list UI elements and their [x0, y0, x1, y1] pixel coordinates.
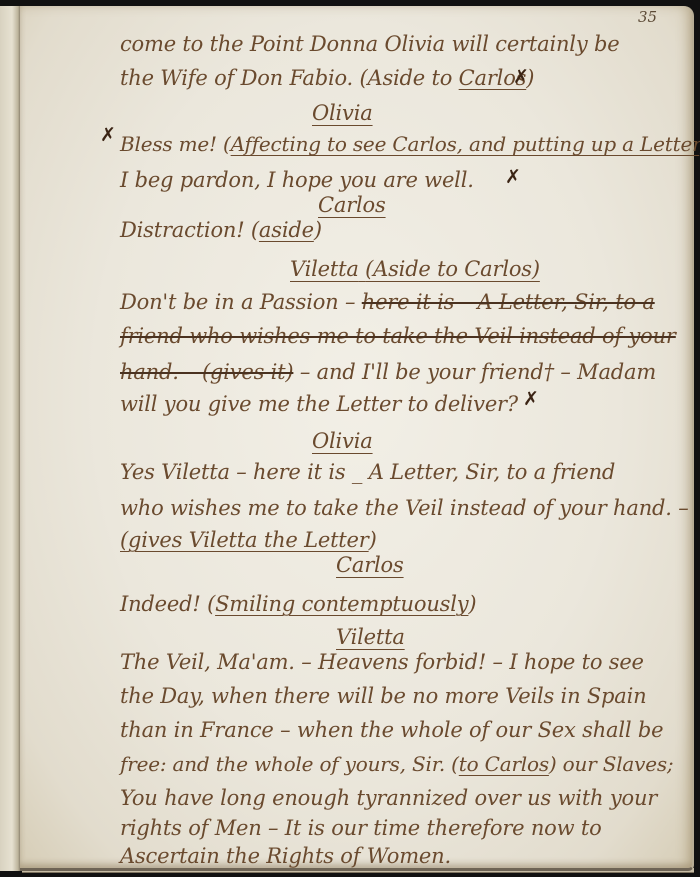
text-segment: ) — [314, 218, 322, 242]
speaker-name: Carlos — [318, 192, 386, 218]
text-line: The Veil, Ma'am. – Heavens forbid! – I h… — [120, 648, 644, 676]
text-line: (gives Viletta the Letter) — [120, 526, 377, 554]
text-line: You have long enough tyrannized over us … — [120, 784, 657, 812]
speaker-name: Viletta (Aside to Carlos) — [290, 256, 540, 282]
stage-direction-underlined: aside — [259, 218, 314, 242]
text-segment: ) — [468, 592, 476, 616]
text-segment: – and I'll be your friend† – Madam — [293, 360, 656, 384]
text-segment: Indeed! ( — [120, 592, 215, 616]
text-line: Bless me! (Affecting to see Carlos, and … — [120, 130, 700, 158]
text-line: Distraction! (aside) — [120, 216, 322, 244]
cross-mark-icon: ✗ — [513, 66, 529, 88]
speaker-name: Carlos — [336, 552, 404, 578]
cross-mark-icon: ✗ — [100, 124, 116, 146]
text-line: free: and the whole of yours, Sir. (to C… — [120, 750, 673, 778]
text-segment: Distraction! ( — [120, 218, 259, 242]
cross-mark-icon: ✗ — [505, 166, 521, 188]
document-viewer: 35 come to the Point Donna Olivia will c… — [0, 0, 700, 877]
stage-direction-underlined: Affecting to see Carlos, and putting up … — [231, 132, 700, 156]
text-line: come to the Point Donna Olivia will cert… — [120, 30, 619, 58]
speaker-name: Viletta — [336, 624, 405, 650]
page-number: 35 — [638, 8, 657, 26]
text-line: the Wife of Don Fabio. (Aside to Carlos) — [120, 64, 534, 92]
text-line: will you give me the Letter to deliver? — [120, 390, 518, 418]
text-segment: the Wife of Don Fabio. (Aside to — [120, 66, 459, 90]
text-line: Don't be in a Passion – here it is – A L… — [120, 288, 655, 316]
speaker-name: Olivia — [312, 100, 373, 126]
text-line: the Day, when there will be no more Veil… — [120, 682, 646, 710]
speaker-label: Viletta — [290, 257, 359, 281]
text-line: hand. – (gives it) – and I'll be your fr… — [120, 358, 656, 386]
text-line: Yes Viletta – here it is _ A Letter, Sir… — [120, 458, 615, 486]
text-segment: ) — [369, 528, 377, 552]
text-segment: Bless me! ( — [120, 132, 231, 156]
struck-text-line: friend who wishes me to take the Veil in… — [120, 322, 676, 350]
text-line: than in France – when the whole of our S… — [120, 716, 663, 744]
stage-direction-underlined: (Aside to Carlos) — [365, 257, 540, 281]
text-line: rights of Men – It is our time therefore… — [120, 814, 602, 842]
text-segment: Don't be in a Passion – — [120, 290, 362, 314]
text-segment: ) our Slaves; — [549, 752, 674, 776]
text-line: I beg pardon, I hope you are well. — [120, 166, 474, 194]
struck-text: here it is – A Letter, Sir, to a — [362, 290, 655, 314]
text-segment: free: and the whole of yours, Sir. ( — [120, 752, 459, 776]
struck-text: hand. – (gives it) — [120, 360, 293, 384]
book-binding — [0, 6, 20, 871]
text-line: Ascertain the Rights of Women. — [120, 842, 451, 870]
text-line: Indeed! (Smiling contemptuously) — [120, 590, 476, 618]
stage-direction-underlined: (gives Viletta the Letter — [120, 528, 369, 552]
text-line: who wishes me to take the Veil instead o… — [120, 494, 689, 522]
cross-mark-icon: ✗ — [523, 388, 539, 410]
speaker-name: Olivia — [312, 428, 373, 454]
stage-direction-underlined: Smiling contemptuously — [215, 592, 468, 616]
stage-direction-underlined: to Carlos — [459, 752, 549, 776]
